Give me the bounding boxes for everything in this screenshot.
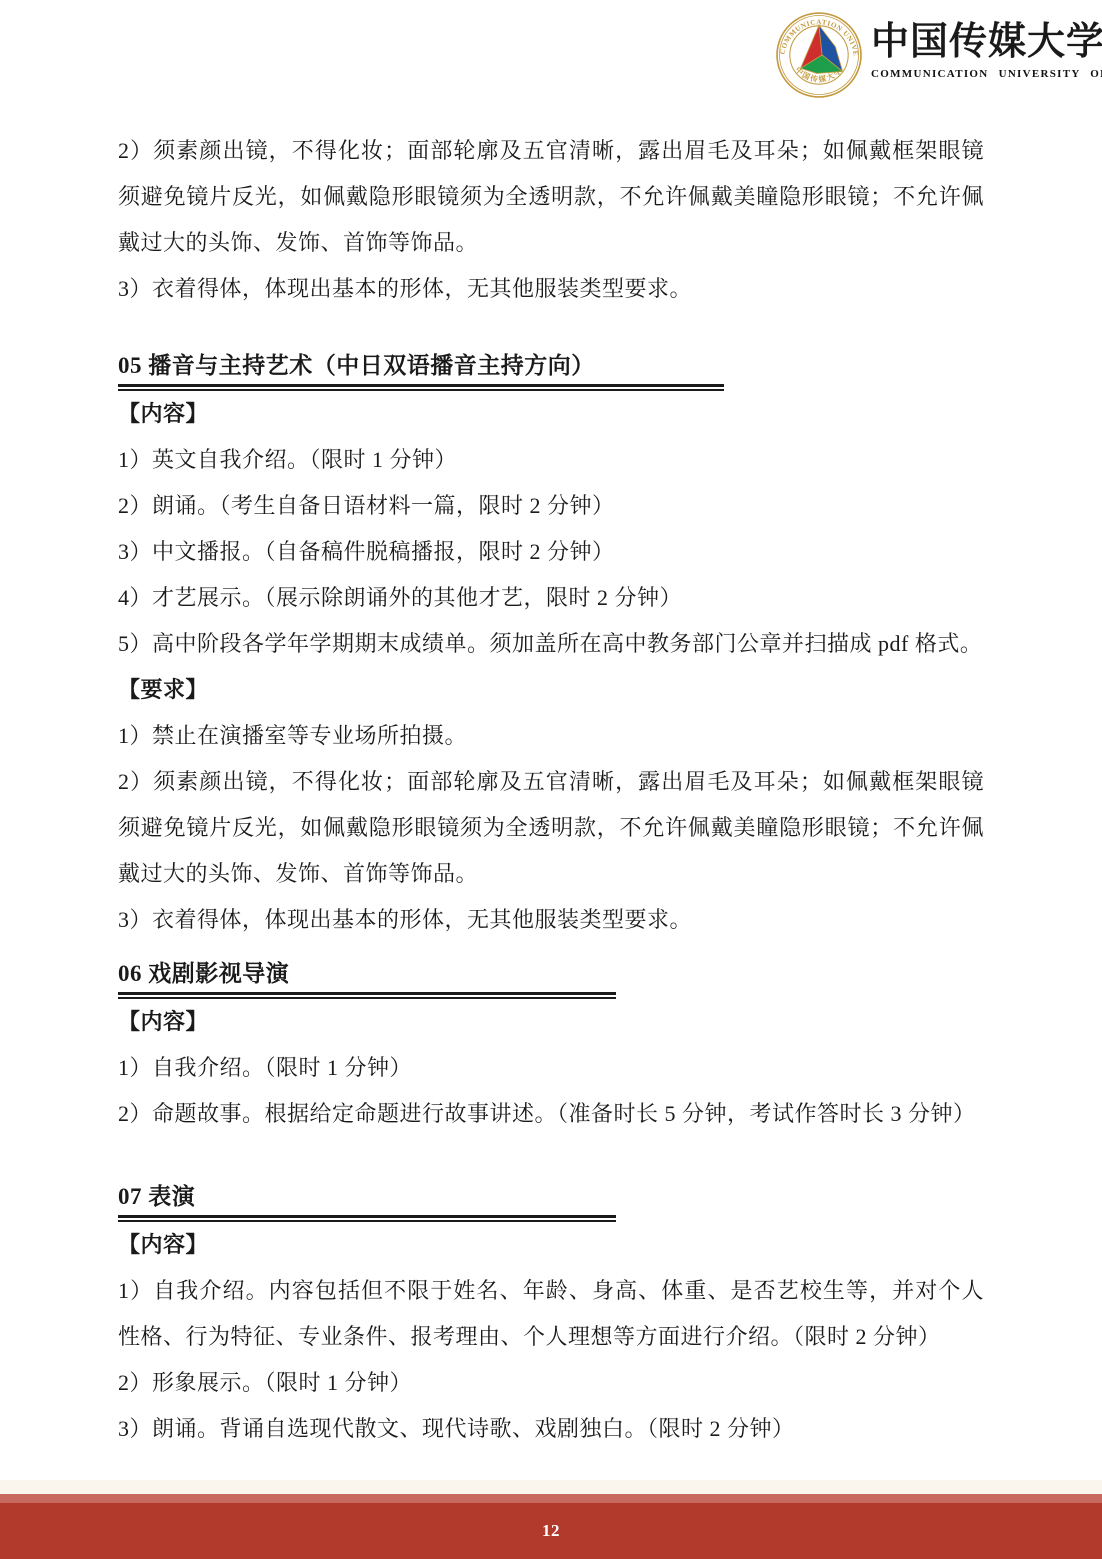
page-footer: 12 bbox=[0, 1480, 1102, 1559]
requirement-item: 3）衣着得体，体现出基本的形体，无其他服装类型要求。 bbox=[118, 266, 984, 312]
content-item: 3）中文播报。（自备稿件脱稿播报，限时 2 分钟） bbox=[118, 529, 984, 575]
content-item: 1）自我介绍。内容包括但不限于姓名、年龄、身高、体重、是否艺校生等，并对个人性格… bbox=[118, 1268, 984, 1360]
content-item: 4）才艺展示。（展示除朗诵外的其他才艺，限时 2 分钟） bbox=[118, 575, 984, 621]
section-title-07: 07 表演 bbox=[118, 1183, 984, 1211]
content-item: 3）朗诵。背诵自选现代散文、现代诗歌、戏剧独白。（限时 2 分钟） bbox=[118, 1406, 984, 1452]
footer-bar: 12 bbox=[0, 1503, 1102, 1559]
content-item: 1）自我介绍。（限时 1 分钟） bbox=[118, 1045, 984, 1091]
content-item: 2）朗诵。（考生自备日语材料一篇，限时 2 分钟） bbox=[118, 483, 984, 529]
requirement-item: 2）须素颜出镜，不得化妆；面部轮廓及五官清晰，露出眉毛及耳朵；如佩戴框架眼镜须避… bbox=[118, 128, 984, 266]
footer-accent-strip bbox=[0, 1494, 1102, 1503]
requirement-label: 【要求】 bbox=[118, 667, 984, 713]
content-item: 2）命题故事。根据给定命题进行故事讲述。（准备时长 5 分钟，考试作答时长 3 … bbox=[118, 1091, 984, 1137]
requirement-item: 2）须素颜出镜，不得化妆；面部轮廓及五官清晰，露出眉毛及耳朵；如佩戴框架眼镜须避… bbox=[118, 759, 984, 897]
section-title-underline bbox=[118, 384, 724, 391]
content-label: 【内容】 bbox=[118, 391, 984, 437]
section-title-05: 05 播音与主持艺术（中日双语播音主持方向） bbox=[118, 352, 984, 380]
requirement-item: 3）衣着得体，体现出基本的形体，无其他服装类型要求。 bbox=[118, 897, 984, 943]
section-title-underline bbox=[118, 992, 616, 999]
requirement-item: 1）禁止在演播室等专业场所拍摄。 bbox=[118, 713, 984, 759]
content-item: 5）高中阶段各学年学期期末成绩单。须加盖所在高中教务部门公章并扫描成 pdf 格… bbox=[118, 621, 984, 667]
page-number: 12 bbox=[542, 1521, 560, 1541]
content-label: 【内容】 bbox=[118, 1222, 984, 1268]
content-item: 2）形象展示。（限时 1 分钟） bbox=[118, 1360, 984, 1406]
content-label: 【内容】 bbox=[118, 999, 984, 1045]
footer-cream-strip bbox=[0, 1480, 1102, 1494]
document-page: COMMUNICATION UNIVERSITY OF CHINA 中国传媒大学… bbox=[0, 0, 1102, 1559]
document-content: 2）须素颜出镜，不得化妆；面部轮廓及五官清晰，露出眉毛及耳朵；如佩戴框架眼镜须避… bbox=[118, 0, 984, 1452]
section-title-underline bbox=[118, 1215, 616, 1222]
content-item: 1）英文自我介绍。（限时 1 分钟） bbox=[118, 437, 984, 483]
section-title-06: 06 戏剧影视导演 bbox=[118, 960, 984, 988]
